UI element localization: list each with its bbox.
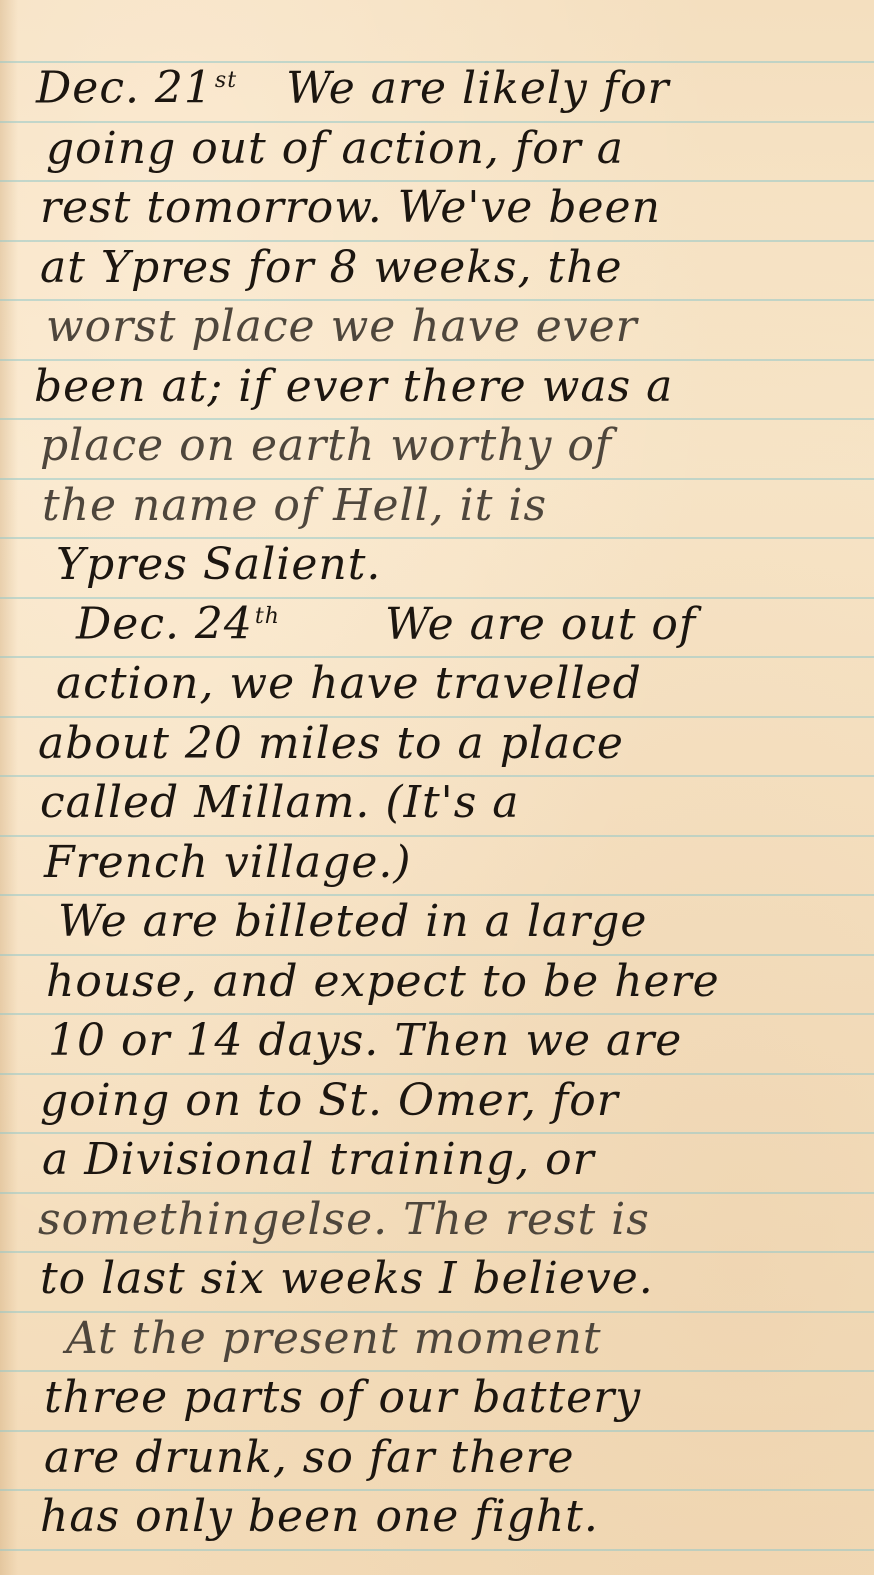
entry-text: action, we have travelled xyxy=(56,654,642,714)
entry-2-line-13: At the present moment xyxy=(0,1311,874,1371)
entry-1-line-1: Dec. 21st We are likely for xyxy=(0,61,874,121)
entry-2-line-11: somethingelse. The rest is xyxy=(0,1192,874,1252)
entry-2-line-7: house, and expect to be here xyxy=(0,954,874,1014)
entry-text: We are out of xyxy=(385,599,696,650)
entry-text: at Ypres for 8 weeks, the xyxy=(40,238,623,298)
entry-2-line-9: going on to St. Omer, for xyxy=(0,1073,874,1133)
entry-2-line-4: called Millam. (It's a xyxy=(0,775,874,835)
entry-2-line-12: to last six weeks I believe. xyxy=(0,1251,874,1311)
entry-1-line-8: the name of Hell, it is xyxy=(0,478,874,538)
entry-2-line-14: three parts of our battery xyxy=(0,1370,874,1430)
entry-date: Dec. 24 xyxy=(76,599,253,650)
entry-text: three parts of our battery xyxy=(44,1368,641,1428)
entry-text: Ypres Salient. xyxy=(56,535,381,595)
ruled-line xyxy=(0,1549,874,1551)
entry-text: French village.) xyxy=(44,833,412,893)
entry-2-line-6: We are billeted in a large xyxy=(0,894,874,954)
entry-1-line-3: rest tomorrow. We've been xyxy=(0,180,874,240)
date-ordinal: st xyxy=(215,68,237,93)
diary-page: Dec. 21st We are likely for going out of… xyxy=(0,0,874,1575)
entry-2-line-10: a Divisional training, or xyxy=(0,1132,874,1192)
entry-text: been at; if ever there was a xyxy=(34,357,673,417)
entry-2-line-8: 10 or 14 days. Then we are xyxy=(0,1013,874,1073)
entry-text: worst place we have ever xyxy=(46,297,638,357)
entry-text: rest tomorrow. We've been xyxy=(40,178,661,238)
entry-1-line-2: going out of action, for a xyxy=(0,121,874,181)
entry-2-line-5: French village.) xyxy=(0,835,874,895)
entry-1-line-5: worst place we have ever xyxy=(0,299,874,359)
entry-text: going out of action, for a xyxy=(46,119,624,179)
entry-2-line-15: are drunk, so far there xyxy=(0,1430,874,1490)
entry-text: are drunk, so far there xyxy=(44,1428,575,1488)
entry-text: We are billeted in a large xyxy=(58,892,647,952)
entry-2-line-3: about 20 miles to a place xyxy=(0,716,874,776)
entry-2-line-16: has only been one fight. xyxy=(0,1489,874,1549)
entry-text: going on to St. Omer, for xyxy=(40,1071,619,1131)
entry-text: We are likely for xyxy=(286,63,670,114)
entry-1-line-4: at Ypres for 8 weeks, the xyxy=(0,240,874,300)
date-ordinal: th xyxy=(255,604,280,629)
entry-1-line-6: been at; if ever there was a xyxy=(0,359,874,419)
entry-date: Dec. 21 xyxy=(36,63,213,114)
entry-2-line-1: Dec. 24th We are out of xyxy=(0,597,874,657)
entry-text: a Divisional training, or xyxy=(42,1130,595,1190)
entry-text: called Millam. (It's a xyxy=(40,773,520,833)
entry-text: somethingelse. The rest is xyxy=(38,1190,650,1250)
entry-text: At the present moment xyxy=(66,1309,602,1369)
entry-2-line-2: action, we have travelled xyxy=(0,656,874,716)
entry-text: to last six weeks I believe. xyxy=(40,1249,654,1309)
entry-text: has only been one fight. xyxy=(40,1487,599,1547)
entry-1-line-7: place on earth worthy of xyxy=(0,418,874,478)
entry-text: about 20 miles to a place xyxy=(38,714,624,774)
entry-text: house, and expect to be here xyxy=(46,952,720,1012)
entry-text: the name of Hell, it is xyxy=(42,476,547,536)
entry-text: place on earth worthy of xyxy=(40,416,612,476)
entry-text: 10 or 14 days. Then we are xyxy=(48,1011,682,1071)
